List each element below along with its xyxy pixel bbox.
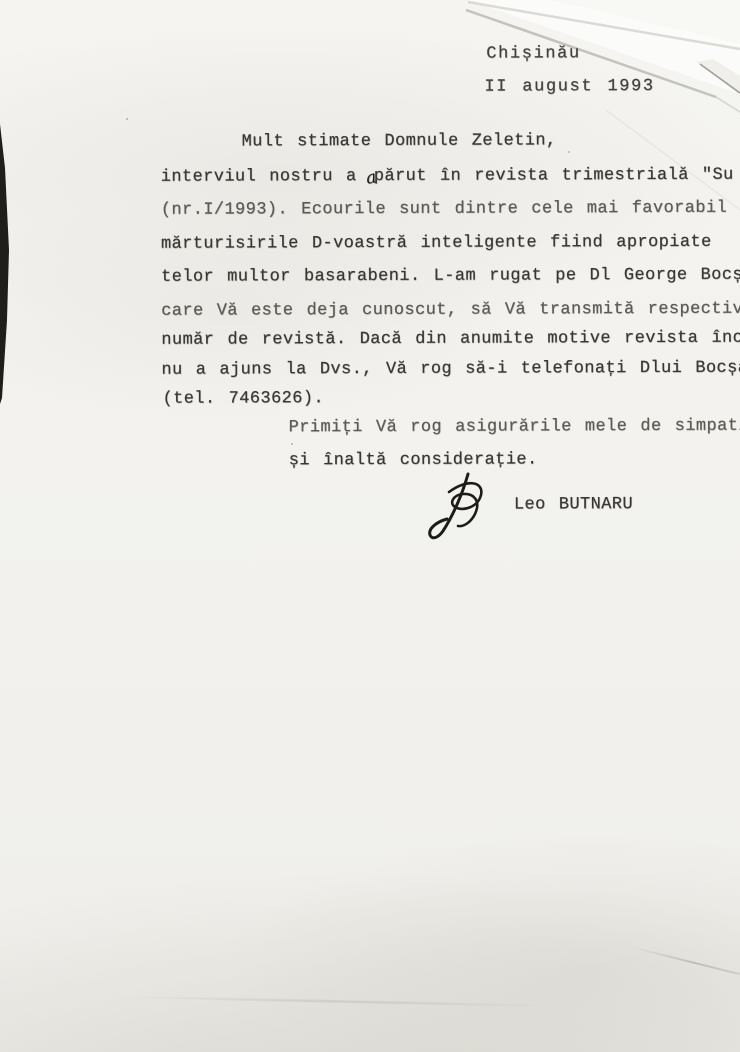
body-line: telor multor basarabeni. L-am rugat pe D…: [161, 267, 740, 286]
body-line: număr de revistă. Dacă din anumite motiv…: [161, 330, 740, 349]
closing-line: și înaltă considerație.: [289, 451, 538, 469]
body-line-telephone: (tel. 7463626).: [163, 390, 325, 408]
body-line: care Vă este deja cunoscut, să Vă transm…: [161, 301, 740, 320]
body-line: mărturisirile D-voastră inteligente fiin…: [161, 234, 712, 253]
body-line-text: interviul nostru a: [161, 167, 370, 187]
body-line-text: părut în revista trimestrială "Su: [374, 166, 734, 186]
dust-speck: [126, 118, 128, 120]
letter-text: Chișinău II august 1993 Mult stimate Dom…: [0, 0, 740, 1052]
dust-speck: [568, 151, 570, 153]
dust-speck: [291, 443, 293, 445]
letter-place: Chișinău: [486, 45, 580, 62]
closing-line: Primiți Vă rog asigurările mele de simpa…: [289, 418, 740, 437]
letter-date: II august 1993: [484, 78, 654, 96]
letter-salutation: Mult stimate Domnule Zeletin,: [242, 132, 557, 150]
signature-typed-name: Leo BUTNARU: [514, 496, 633, 513]
body-line: (nr.I/1993). Ecourile sunt dintre cele m…: [161, 200, 727, 219]
scanned-letter-page: Chișinău II august 1993 Mult stimate Dom…: [0, 0, 740, 1052]
body-line: interviul nostru a apărut în revista tri…: [161, 166, 734, 186]
body-line: nu a ajuns la Dvs., Vă rog să-i telefona…: [161, 360, 740, 379]
